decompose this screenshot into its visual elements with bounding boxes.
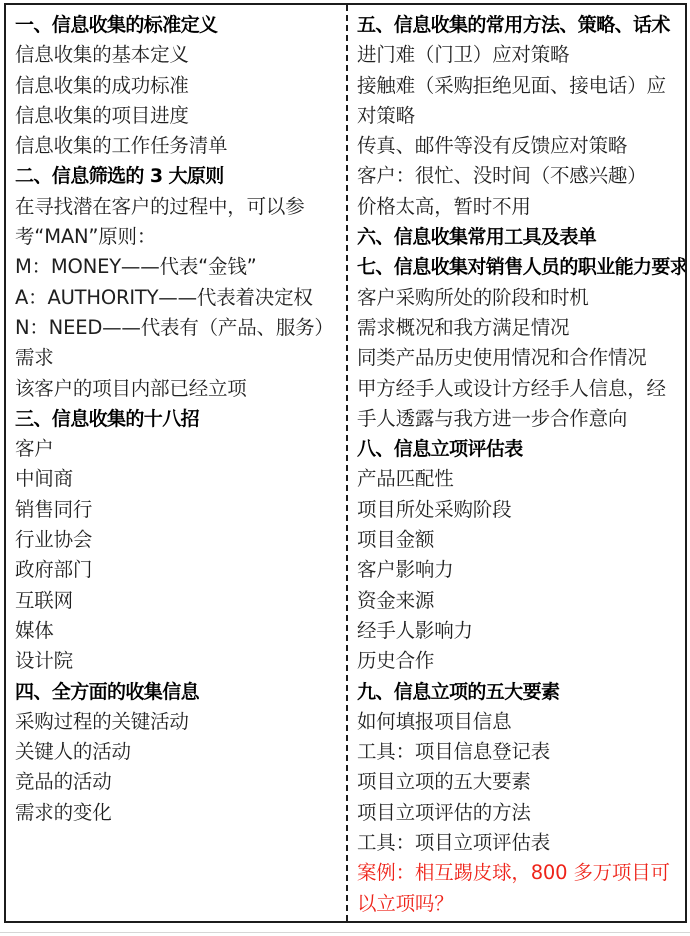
outline-item: 项目立项的五大要素 (357, 767, 679, 797)
section-heading: 二、信息筛选的 3 大原则 (15, 161, 340, 191)
outline-item: 客户：很忙、没时间（不感兴趣） (357, 161, 679, 191)
outline-item: 行业协会 (15, 525, 340, 555)
section-heading: 六、信息收集常用工具及表单 (357, 222, 679, 252)
section-heading: 四、全方面的收集信息 (15, 677, 340, 707)
outline-item: 接触难（采购拒绝见面、接电话）应对策略 (357, 71, 679, 132)
outline-item: M：MONEY——代表“金钱” (15, 252, 340, 282)
case-note: 案例：相互踢皮球，800 多万项目可以立项吗？ (357, 858, 679, 919)
outline-item: 需求概况和我方满足情况 (357, 313, 679, 343)
outline-item: 工具：项目立项评估表 (357, 828, 679, 858)
section-heading: 五、信息收集的常用方法、策略、话术 (357, 10, 679, 40)
document-page: 一、信息收集的标准定义信息收集的基本定义信息收集的成功标准信息收集的项目进度信息… (0, 0, 690, 936)
outline-item: 项目立项评估的方法 (357, 798, 679, 828)
outline-item: 信息收集的基本定义 (15, 40, 340, 70)
outline-table: 一、信息收集的标准定义信息收集的基本定义信息收集的成功标准信息收集的项目进度信息… (4, 3, 687, 923)
outline-item: 信息收集的成功标准 (15, 71, 340, 101)
outline-item: 竞品的活动 (15, 767, 340, 797)
outline-item: 客户 (15, 434, 340, 464)
outline-item: 设计院 (15, 646, 340, 676)
outline-item: 在寻找潜在客户的过程中，可以参考“MAN”原则： (15, 192, 340, 253)
outline-item: N：NEED——代表有（产品、服务）需求 (15, 313, 340, 374)
section-heading: 七、信息收集对销售人员的职业能力要求 (357, 252, 679, 282)
section-heading: 三、信息收集的十八招 (15, 404, 340, 434)
outline-item: 资金来源 (357, 586, 679, 616)
section-heading: 一、信息收集的标准定义 (15, 10, 340, 40)
outline-item: 媒体 (15, 616, 340, 646)
outline-item: 甲方经手人或设计方经手人信息，经手人透露与我方进一步合作意向 (357, 374, 679, 435)
outline-item: 项目所处采购阶段 (357, 495, 679, 525)
outline-item: 客户影响力 (357, 555, 679, 585)
outline-item: 历史合作 (357, 646, 679, 676)
outline-item: 销售同行 (15, 495, 340, 525)
outline-item: 信息收集的工作任务清单 (15, 131, 340, 161)
page-bottom-artifact-line (0, 932, 690, 933)
outline-column-left: 一、信息收集的标准定义信息收集的基本定义信息收集的成功标准信息收集的项目进度信息… (6, 5, 348, 921)
section-heading: 九、信息立项的五大要素 (357, 677, 679, 707)
outline-item: 传真、邮件等没有反馈应对策略 (357, 131, 679, 161)
outline-item: 政府部门 (15, 555, 340, 585)
section-heading: 八、信息立项评估表 (357, 434, 679, 464)
outline-item: A：AUTHORITY——代表着决定权 (15, 283, 340, 313)
outline-item: 经手人影响力 (357, 616, 679, 646)
outline-item: 信息收集的项目进度 (15, 101, 340, 131)
outline-item: 采购过程的关键活动 (15, 707, 340, 737)
outline-item: 产品匹配性 (357, 464, 679, 494)
outline-item: 关键人的活动 (15, 737, 340, 767)
outline-item: 价格太高，暂时不用 (357, 192, 679, 222)
outline-item: 如何填报项目信息 (357, 707, 679, 737)
outline-item: 中间商 (15, 464, 340, 494)
outline-item: 客户采购所处的阶段和时机 (357, 283, 679, 313)
outline-item: 工具：项目信息登记表 (357, 737, 679, 767)
outline-item: 需求的变化 (15, 798, 340, 828)
outline-item: 同类产品历史使用情况和合作情况 (357, 343, 679, 373)
outline-column-right: 五、信息收集的常用方法、策略、话术进门难（门卫）应对策略接触难（采购拒绝见面、接… (348, 5, 685, 921)
outline-item: 互联网 (15, 586, 340, 616)
outline-item: 该客户的项目内部已经立项 (15, 374, 340, 404)
outline-item: 进门难（门卫）应对策略 (357, 40, 679, 70)
outline-item: 项目金额 (357, 525, 679, 555)
